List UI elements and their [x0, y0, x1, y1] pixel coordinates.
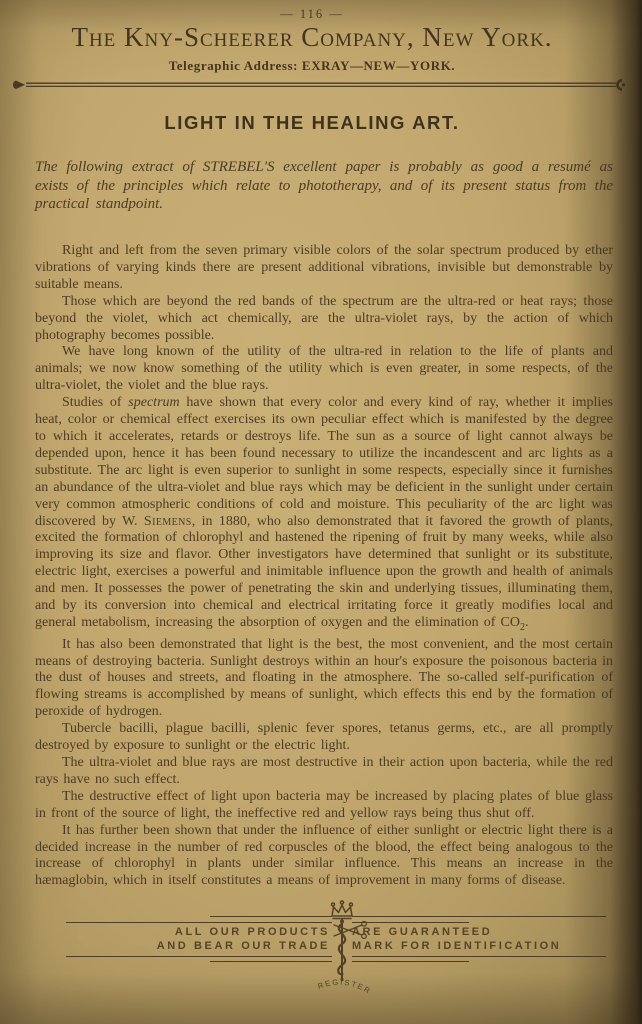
text-segment: .	[525, 615, 529, 630]
paragraph: Tubercle bacilli, plague bacilli, spleni…	[35, 721, 613, 755]
divider	[352, 956, 606, 957]
trademark-text-right-2: MARK FOR IDENTIFICATION	[352, 940, 606, 952]
paragraph: Those which are beyond the red bands of …	[35, 294, 613, 345]
paragraph: Studies of spectrum have shown that ever…	[35, 395, 613, 636]
divider	[352, 916, 606, 917]
trademark-text-left-1: ALL OUR PRODUCTS	[66, 926, 332, 938]
article-title: LIGHT IN THE HEALING ART.	[0, 112, 624, 134]
trademark-emblem-icon: REGISTERED	[312, 900, 372, 1006]
intro-paragraph: The following extract of STREBEL'S excel…	[35, 158, 613, 214]
text-segment: We have long known of the utility of the…	[35, 344, 613, 393]
paragraph: The ultra-violet and blue rays are most …	[35, 755, 613, 789]
paragraph: We have long known of the utility of the…	[35, 344, 613, 395]
rule-left-end-icon	[13, 81, 25, 89]
divider	[66, 922, 332, 923]
text-segment-italic: spectrum	[128, 395, 179, 410]
text-segment: Tubercle bacilli, plague bacilli, spleni…	[35, 721, 613, 753]
trademark-text-right-1: ARE GUARANTEED	[352, 926, 606, 938]
divider	[66, 956, 332, 957]
text-segment-smallcaps: Siemens	[144, 514, 192, 529]
text-segment: The destructive effect of light upon bac…	[35, 789, 613, 821]
article-body: Right and left from the seven primary vi…	[35, 243, 613, 890]
paragraph: The destructive effect of light upon bac…	[35, 789, 613, 823]
text-segment: Right and left from the seven primary vi…	[35, 243, 613, 292]
text-segment: It has further been shown that under the…	[35, 823, 613, 889]
text-segment: Those which are beyond the red bands of …	[35, 294, 613, 343]
company-name: The Kny-Scheerer Company, New York.	[0, 22, 624, 53]
paragraph: It has further been shown that under the…	[35, 823, 613, 891]
text-segment: It has also been demonstrated that light…	[35, 637, 613, 720]
paragraph: It has also been demonstrated that light…	[35, 637, 613, 722]
paragraph: Right and left from the seven primary vi…	[35, 243, 613, 294]
page-number: — 116 —	[0, 7, 624, 22]
trademark-text-left-2: AND BEAR OUR TRADE	[66, 940, 332, 952]
text-segment: The ultra-violet and blue rays are most …	[35, 755, 613, 787]
text-segment: have shown that every color and every ki…	[35, 395, 613, 528]
decorative-double-rule	[10, 79, 632, 91]
rule-right-end-icon	[617, 80, 622, 89]
telegraphic-address: Telegraphic Address: EXRAY—NEW—YORK.	[0, 58, 624, 74]
scanned-catalog-page: — 116 — The Kny-Scheerer Company, New Yo…	[0, 0, 642, 1024]
trademark-right-block: ARE GUARANTEED MARK FOR IDENTIFICATION	[352, 916, 606, 962]
text-segment: Studies of	[62, 395, 128, 410]
crown-icon	[332, 901, 353, 919]
text-segment: , in 1880, who also demonstrated that it…	[35, 514, 613, 630]
trademark-left-block: ALL OUR PRODUCTS AND BEAR OUR TRADE	[66, 916, 332, 962]
